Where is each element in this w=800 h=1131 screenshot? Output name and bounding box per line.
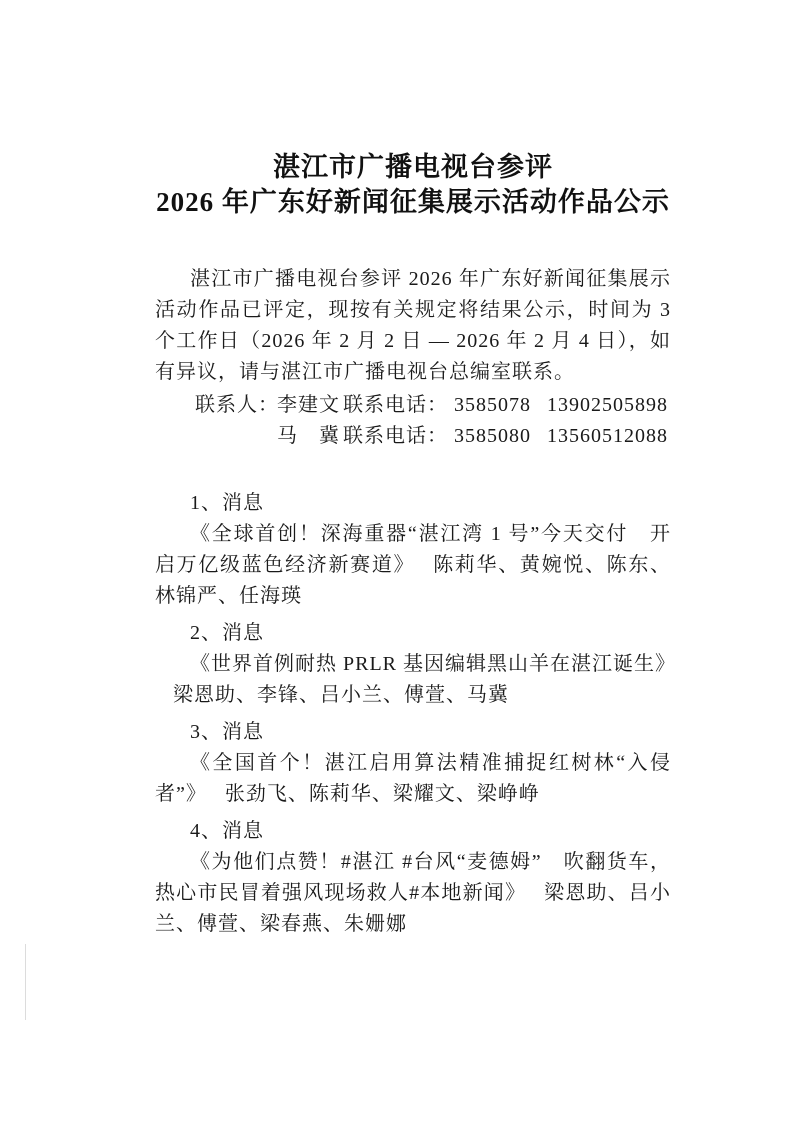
scan-artifact-line — [25, 944, 26, 1020]
intro-paragraph: 湛江市广播电视台参评 2026 年广东好新闻征集展示活动作品已评定，现按有关规定… — [155, 264, 671, 388]
contact-person-label: 联系人： — [195, 390, 277, 421]
work-body: 《世界首例耐热 PRLR 基因编辑黑山羊在湛江诞生》梁恩助、李锋、吕小兰、傅萱、… — [155, 649, 671, 711]
title-line-2: 2026 年广东好新闻征集展示活动作品公示 — [155, 185, 671, 220]
contact-row-2: 马 冀联系电话：358508013560512088 — [155, 421, 671, 452]
work-item-4: 4、消息 《为他们点赞！#湛江 #台风“麦德姆” 吹翻货车，热心市民冒着强风现场… — [155, 816, 671, 940]
work-item-1: 1、消息 《全球首创！深海重器“湛江湾 1 号”今天交付 开启万亿级蓝色经济新赛… — [155, 488, 671, 612]
contact-phone-label: 联系电话： — [343, 394, 448, 416]
work-title: 《世界首例耐热 PRLR 基因编辑黑山羊在湛江诞生》 — [190, 653, 676, 675]
work-authors: 张劲飞、陈莉华、梁耀文、梁峥峥 — [207, 783, 540, 805]
works-list: 1、消息 《全球首创！深海重器“湛江湾 1 号”今天交付 开启万亿级蓝色经济新赛… — [155, 488, 671, 940]
contact-row-1: 联系人：李建文联系电话：358507813902505898 — [155, 390, 671, 421]
work-item-3: 3、消息 《全国首个！湛江启用算法精准捕捉红树林“入侵者”》张劲飞、陈莉华、梁耀… — [155, 717, 671, 810]
work-authors: 梁恩助、李锋、吕小兰、傅萱、马冀 — [155, 684, 509, 706]
work-heading: 3、消息 — [155, 717, 671, 748]
work-body: 《全国首个！湛江启用算法精准捕捉红树林“入侵者”》张劲飞、陈莉华、梁耀文、梁峥峥 — [155, 748, 671, 810]
work-heading: 4、消息 — [155, 816, 671, 847]
work-body: 《为他们点赞！#湛江 #台风“麦德姆” 吹翻货车，热心市民冒着强风现场救人#本地… — [155, 847, 671, 940]
work-heading: 2、消息 — [155, 618, 671, 649]
title-line-1: 湛江市广播电视台参评 — [155, 150, 671, 185]
document-title: 湛江市广播电视台参评 2026 年广东好新闻征集展示活动作品公示 — [155, 150, 671, 220]
work-body: 《全球首创！深海重器“湛江湾 1 号”今天交付 开启万亿级蓝色经济新赛道》陈莉华… — [155, 519, 671, 612]
contact-phone-mobile: 13560512088 — [547, 425, 668, 447]
contact-name: 马 冀 — [277, 421, 341, 452]
document-page: 湛江市广播电视台参评 2026 年广东好新闻征集展示活动作品公示 湛江市广播电视… — [0, 0, 800, 1131]
contact-phone-office: 3585078 — [454, 394, 531, 416]
work-item-2: 2、消息 《世界首例耐热 PRLR 基因编辑黑山羊在湛江诞生》梁恩助、李锋、吕小… — [155, 618, 671, 711]
contact-phone-label: 联系电话： — [343, 425, 448, 447]
work-heading: 1、消息 — [155, 488, 671, 519]
contact-phone-office: 3585080 — [454, 425, 531, 447]
contact-block: 联系人：李建文联系电话：358507813902505898 马 冀联系电话：3… — [155, 390, 671, 452]
document-content: 湛江市广播电视台参评 2026 年广东好新闻征集展示活动作品公示 湛江市广播电视… — [155, 150, 671, 940]
contact-name: 李建文 — [277, 390, 341, 421]
contact-phone-mobile: 13902505898 — [547, 394, 668, 416]
